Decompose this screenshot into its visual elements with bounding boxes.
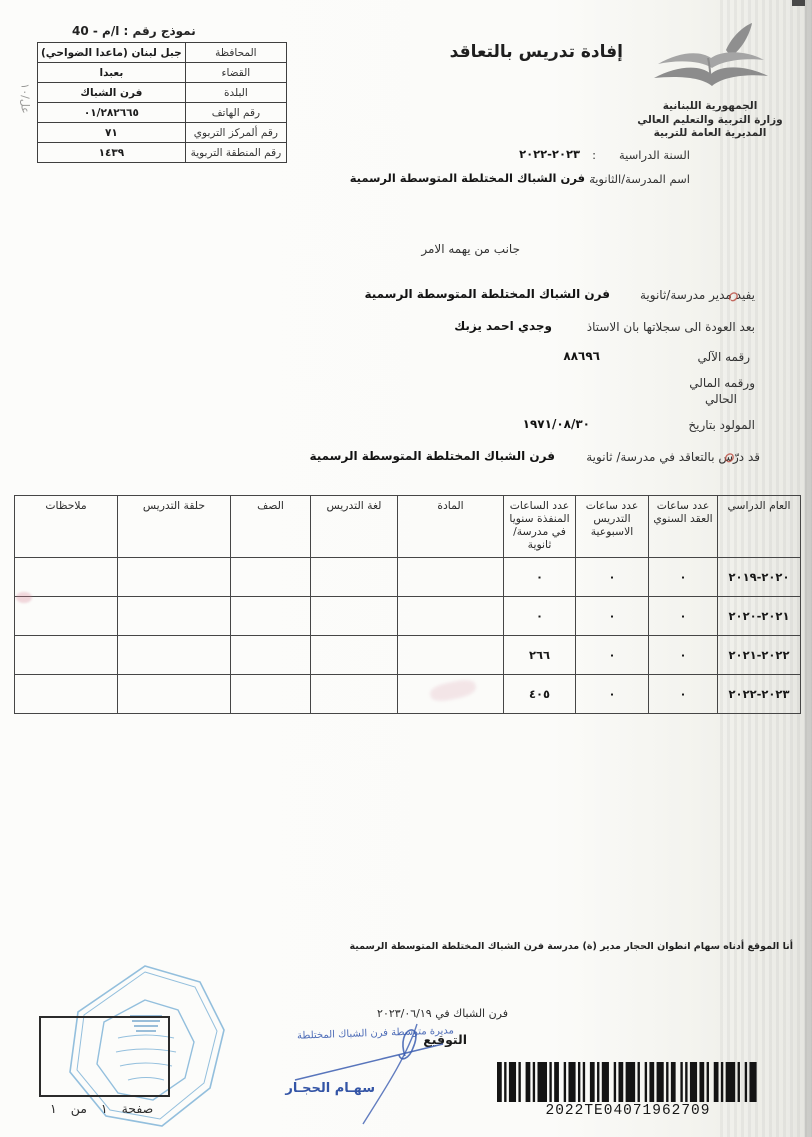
- cell-cycle: [118, 675, 231, 714]
- barcode-number: 2022TE04071962709: [497, 1103, 759, 1119]
- cell-language: [311, 558, 398, 597]
- cell-year: ٢٠٢٢-٢٠٢١: [718, 636, 801, 675]
- cell-executed-hours: ٢٦٦: [504, 636, 576, 675]
- open-book-feather-icon: [648, 22, 774, 102]
- table-row: المحافظة جبل لبنان (ماعدا الضواحي): [38, 43, 287, 63]
- cell-contract-hours: ٠: [649, 636, 718, 675]
- document-title: إفادة تدريس بالتعاقد: [450, 42, 623, 62]
- scan-edge-artifact: [805, 0, 812, 1137]
- teaching-history-table: العام الدراسي عدد ساعات العقد السنوي عدد…: [14, 495, 801, 714]
- cell-subject: [398, 636, 504, 675]
- cell-language: [311, 597, 398, 636]
- to-whom-it-may-concern: جانب من يهمه الامر: [421, 242, 520, 256]
- cell-class: [231, 558, 311, 597]
- cell-year: ٢٠٢٠-٢٠١٩: [718, 558, 801, 597]
- cell-weekly-hours: ٠: [576, 636, 649, 675]
- info-value: ٠١/٢٨٢٦٦٥: [38, 103, 186, 123]
- cell-weekly-hours: ٠: [576, 558, 649, 597]
- teacher-name: وجدي احمد يزبك: [454, 319, 552, 333]
- col-header-notes: ملاحظات: [15, 496, 118, 558]
- table-row: ٢٠٢٢-٢٠٢١ ٠ ٠ ٢٦٦: [15, 636, 801, 675]
- cell-weekly-hours: ٠: [576, 597, 649, 636]
- page-number: صفحة ١ من ١: [50, 1101, 153, 1116]
- cell-notes: [15, 597, 118, 636]
- ministry-header: الجمهورية اللبنانية وزارة التربية والتعل…: [626, 100, 794, 141]
- cell-language: [311, 636, 398, 675]
- info-label: رقم المنطقة التربوية: [185, 143, 286, 163]
- school-name-label: اسم المدرسة/الثانوية: [589, 172, 690, 186]
- separator-colon: :: [592, 148, 596, 162]
- barcode: [497, 1062, 759, 1102]
- col-header-language: لغة التدريس: [311, 496, 398, 558]
- scan-corner-mark: [792, 0, 805, 6]
- cell-cycle: [118, 597, 231, 636]
- ministry-line-ministry: وزارة التربية والتعليم العالي: [626, 114, 794, 128]
- cell-notes: [15, 558, 118, 597]
- scanned-contract-teaching-certificate: نموذج رقم : ا/م - 40 المحافظة جبل لبنان …: [0, 0, 812, 1137]
- birthdate-label: المولود بتاريخ: [688, 418, 755, 432]
- cell-subject: [398, 597, 504, 636]
- school-year-value: ٢٠٢٣-٢٠٢٢: [519, 147, 580, 161]
- table-row: رقم المنطقة التربوية ١٤٣٩: [38, 143, 287, 163]
- cell-class: [231, 675, 311, 714]
- cell-executed-hours: ٠: [504, 597, 576, 636]
- col-header-year: العام الدراسي: [718, 496, 801, 558]
- school-name-value: فرن الشباك المختلطة المتوسطة الرسمية: [350, 171, 585, 185]
- separator-colon: :: [592, 172, 596, 186]
- col-header-subject: المادة: [398, 496, 504, 558]
- info-value: جبل لبنان (ماعدا الضواحي): [38, 43, 186, 63]
- cell-cycle: [118, 636, 231, 675]
- info-label: رقم الهاتف: [185, 103, 286, 123]
- stamp-frame-rectangle: [39, 1016, 170, 1097]
- table-row: ٢٠٢٣-٢٠٢٢ ٠ ٠ ٤٠٥: [15, 675, 801, 714]
- col-header-executed-hours: عدد الساعات المنفذة سنويا في مدرسة/ثانوي…: [504, 496, 576, 558]
- table-row: القضاء بعبدا: [38, 63, 287, 83]
- cell-class: [231, 597, 311, 636]
- financial-number-label: ورقمه المالي: [689, 376, 755, 390]
- ministry-logo: [648, 22, 774, 102]
- cell-weekly-hours: ٠: [576, 675, 649, 714]
- cell-class: [231, 636, 311, 675]
- statement-line2-label: بعد العودة الى سجلاتها بان الاستاذ: [587, 320, 755, 334]
- info-value: ١٤٣٩: [38, 143, 186, 163]
- info-value: بعبدا: [38, 63, 186, 83]
- location-info-table: المحافظة جبل لبنان (ماعدا الضواحي) القضا…: [37, 42, 287, 163]
- col-header-cycle: حلقة التدريس: [118, 496, 231, 558]
- director-declaration: أنا الموقع أدناه سهام انطوان الحجار مدير…: [350, 941, 793, 952]
- scan-smudge: [16, 592, 32, 603]
- table-header-row: العام الدراسي عدد ساعات العقد السنوي عدد…: [15, 496, 801, 558]
- form-number: نموذج رقم : ا/م - 40: [72, 24, 196, 38]
- handwritten-signature: [283, 1018, 458, 1126]
- cell-notes: [15, 636, 118, 675]
- financial-number-label-2: الحالي: [705, 392, 737, 406]
- cell-contract-hours: ٠: [649, 558, 718, 597]
- info-label: رقم ألمركز التربوي: [185, 123, 286, 143]
- cell-contract-hours: ٠: [649, 597, 718, 636]
- col-header-class: الصف: [231, 496, 311, 558]
- info-label: القضاء: [185, 63, 286, 83]
- table-row: البلدة فرن الشباك: [38, 83, 287, 103]
- cell-executed-hours: ٤٠٥: [504, 675, 576, 714]
- info-value: ٧١: [38, 123, 186, 143]
- cell-contract-hours: ٠: [649, 675, 718, 714]
- info-value: فرن الشباك: [38, 83, 186, 103]
- school-year-label: السنة الدراسية: [619, 148, 690, 162]
- table-row: ٢٠٢١-٢٠٢٠ ٠ ٠ ٠: [15, 597, 801, 636]
- cell-subject: [398, 558, 504, 597]
- cell-executed-hours: ٠: [504, 558, 576, 597]
- ministry-line-directorate: المديرية العامة للتربية: [626, 127, 794, 141]
- taught-by-contract-school: فرن الشباك المختلطة المتوسطة الرسمية: [309, 449, 555, 463]
- handwritten-margin-note: عل/١٠: [19, 76, 32, 122]
- table-row: ٢٠٢٠-٢٠١٩ ٠ ٠ ٠: [15, 558, 801, 597]
- red-check-mark: [726, 289, 741, 304]
- info-label: المحافظة: [185, 43, 286, 63]
- cell-notes: [15, 675, 118, 714]
- ministry-line-republic: الجمهورية اللبنانية: [626, 100, 794, 114]
- col-header-weekly-hours: عدد ساعات التدريس الاسبوعية: [576, 496, 649, 558]
- cell-language: [311, 675, 398, 714]
- cell-year: ٢٠٢٣-٢٠٢٢: [718, 675, 801, 714]
- table-row: رقم الهاتف ٠١/٢٨٢٦٦٥: [38, 103, 287, 123]
- birthdate-value: ١٩٧١/٠٨/٣٠: [523, 417, 590, 431]
- auto-number-value: ٨٨٦٩٦: [563, 349, 600, 363]
- auto-number-label: رقمه الآلي: [697, 350, 750, 364]
- statement-line1-school: فرن الشباك المختلطة المتوسطة الرسمية: [364, 287, 610, 301]
- cell-year: ٢٠٢١-٢٠٢٠: [718, 597, 801, 636]
- red-check-mark: [722, 450, 737, 465]
- table-row: رقم ألمركز التربوي ٧١: [38, 123, 287, 143]
- cell-cycle: [118, 558, 231, 597]
- col-header-contract-hours: عدد ساعات العقد السنوي: [649, 496, 718, 558]
- info-label: البلدة: [185, 83, 286, 103]
